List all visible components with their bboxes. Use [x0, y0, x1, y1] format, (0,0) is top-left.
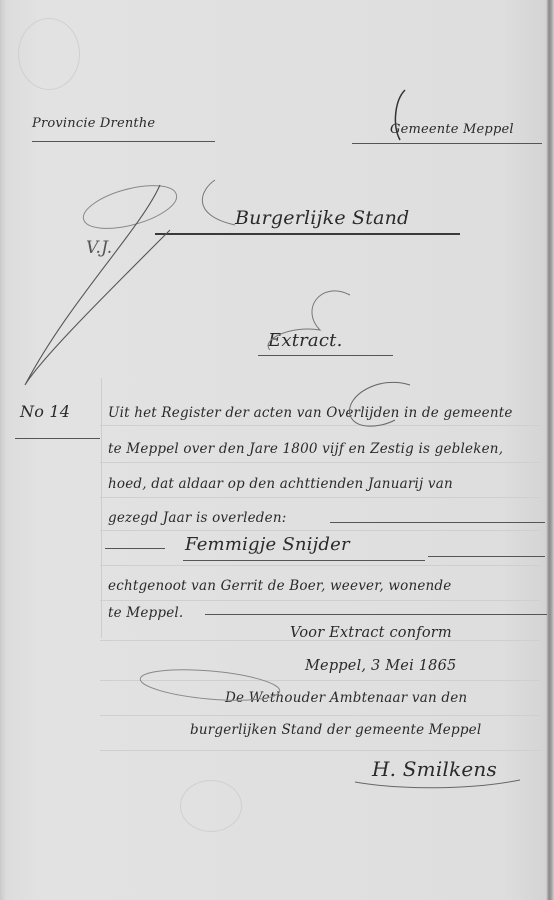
document-page: Provincie Drenthe Gemeente Meppel Burger…: [0, 0, 554, 900]
pen-flourish-icon: [0, 0, 554, 900]
